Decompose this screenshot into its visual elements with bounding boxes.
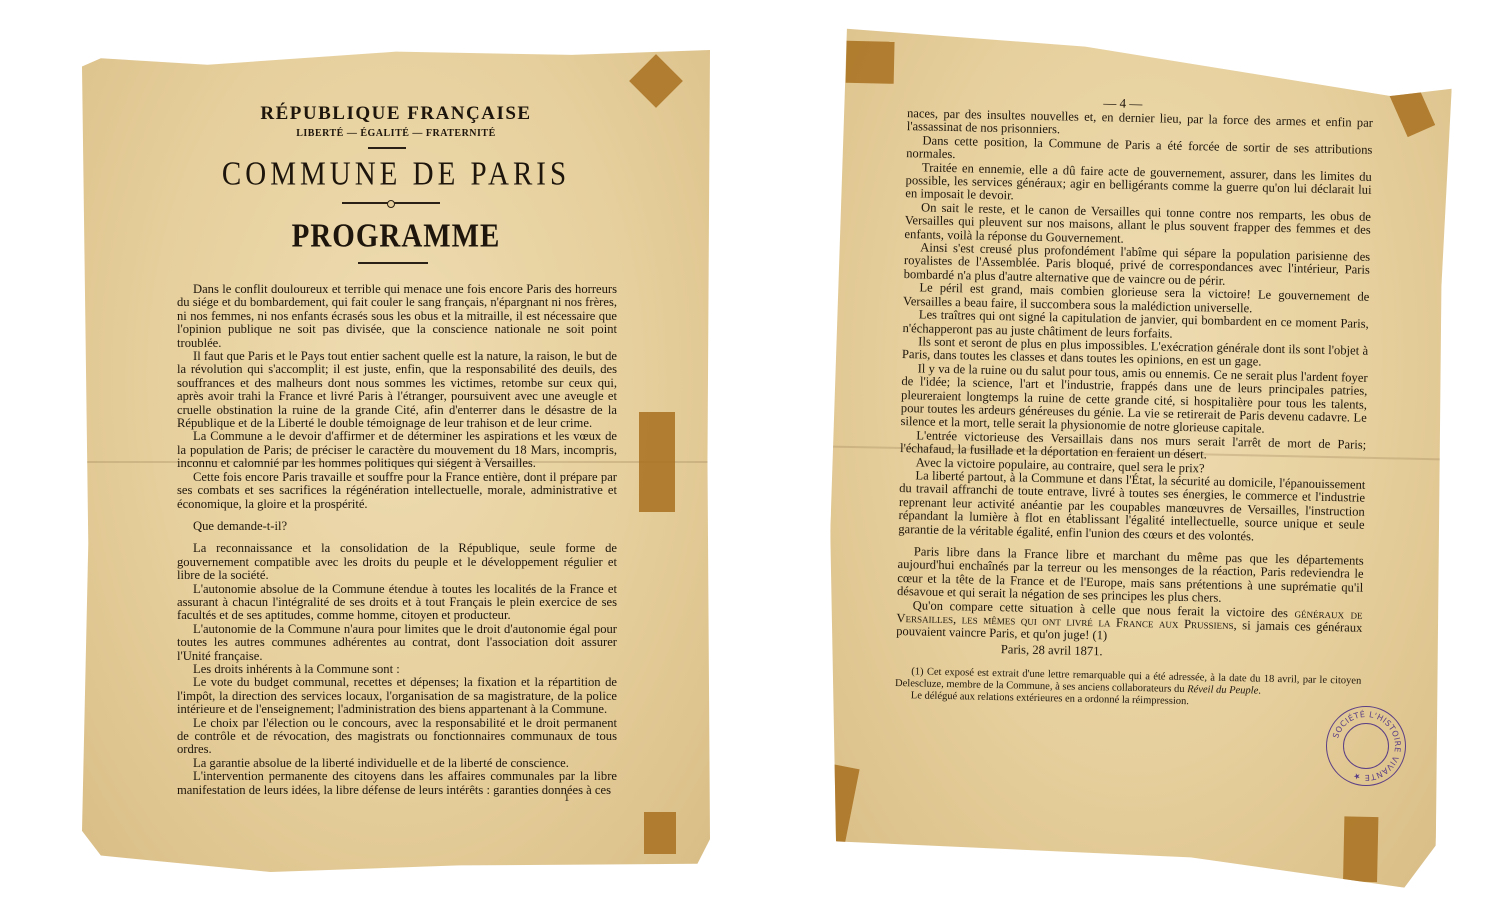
paragraph: Que demande-t-il?: [177, 520, 617, 533]
paragraph: La liberté partout, à la Commune et dans…: [898, 469, 1365, 546]
ornament-divider: [342, 202, 440, 204]
paragraph: Il faut que Paris et le Pays tout entier…: [177, 350, 617, 430]
tape-top-left: [846, 41, 895, 84]
paragraph: Dans le conflit douloureux et terrible q…: [177, 283, 617, 350]
paragraph: L'intervention permanente des citoyens d…: [177, 770, 617, 797]
paragraph: L'autonomie absolue de la Commune étendu…: [177, 583, 617, 623]
divider: [368, 147, 406, 149]
paragraph: La reconnaissance et la consolidation de…: [177, 542, 617, 582]
republic-heading: RÉPUBLIQUE FRANÇAISE: [82, 103, 710, 125]
right-body-text: naces, par des insultes nouvelles et, en…: [895, 107, 1373, 712]
stamp-text-ring: SOCIÉTÉ L'HISTOIRE VIVANTE ★: [1326, 706, 1406, 786]
tape-middle-right: [639, 412, 675, 512]
page-number: 1: [564, 792, 570, 804]
tape-bottom-right: [1343, 816, 1378, 882]
journal-title: Réveil du Peuple: [1187, 684, 1258, 696]
paragraph: Les droits inhérents à la Commune sont :: [177, 663, 617, 676]
closing-paragraph: Qu'on compare cette situation à celle qu…: [896, 599, 1363, 649]
paragraph: Cette fois encore Paris travaille et sou…: [177, 471, 617, 511]
document-page-left: RÉPUBLIQUE FRANÇAISE LIBERTÉ — ÉGALITÉ —…: [82, 50, 710, 872]
tape-top-right: [1384, 70, 1436, 137]
tape-bottom-right: [644, 812, 676, 854]
footnote: (1) Cet exposé est extrait d'une lettre …: [895, 666, 1362, 712]
document-subtitle: PROGRAMME: [82, 218, 710, 256]
left-body-text: Dans le conflit douloureux et terrible q…: [177, 283, 617, 797]
paragraph: La garantie absolue de la liberté indivi…: [177, 757, 617, 770]
tape-bottom-left: [816, 764, 860, 843]
society-stamp: SOCIÉTÉ L'HISTOIRE VIVANTE ★: [1326, 706, 1406, 786]
paragraph: La Commune a le devoir d'affirmer et de …: [177, 430, 617, 470]
tape-top-right: [629, 54, 683, 108]
svg-text:SOCIÉTÉ L'HISTOIRE VIVANTE ★: SOCIÉTÉ L'HISTOIRE VIVANTE ★: [1331, 708, 1402, 782]
document-title: COMMUNE DE PARIS: [82, 156, 710, 194]
paragraph: L'autonomie de la Commune n'aura pour li…: [177, 623, 617, 663]
paragraph: Le choix par l'élection ou le concours, …: [177, 717, 617, 757]
paragraph: Le vote du budget communal, recettes et …: [177, 676, 617, 716]
stamp-text: SOCIÉTÉ L'HISTOIRE VIVANTE ★: [1331, 708, 1402, 782]
divider: [358, 262, 428, 264]
paragraph: Il y va de la ruine ou du salut pour tou…: [900, 362, 1367, 439]
motto: LIBERTÉ — ÉGALITÉ — FRATERNITÉ: [82, 128, 710, 139]
